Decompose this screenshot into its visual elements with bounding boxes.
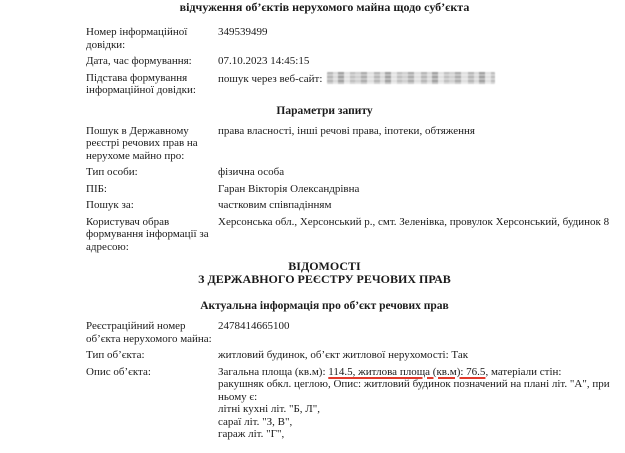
field-value: Гаран Вікторія Олександрівна xyxy=(218,183,610,196)
register-heading-line2: З ДЕРЖАВНОГО РЕЄСТРУ РЕЧОВИХ ПРАВ xyxy=(12,273,625,286)
field-label: Дата, час формування: xyxy=(86,55,218,68)
description-segment-highlighted: 114.5, житлова площа (кв.м): 76.5 xyxy=(328,366,485,378)
field-row-object-description: Опис об’єкта: Загальна площа (кв.м): 114… xyxy=(0,366,625,441)
field-label: Пошук за: xyxy=(86,199,218,212)
document-page: відчуження об’єктів нерухомого майна щод… xyxy=(0,0,625,453)
field-value-text: пошук через веб-сайт: xyxy=(218,73,322,85)
field-value: права власності, інші речові права, іпот… xyxy=(218,125,610,138)
description-segment: Загальна площа (кв.м): xyxy=(218,366,328,378)
field-row-object-type: Тип об’єкта: житловий будинок, об’єкт жи… xyxy=(0,349,625,362)
field-label: Реєстраційний номер об’єкта нерухомого м… xyxy=(86,320,218,345)
field-value: 349539499 xyxy=(218,26,610,39)
field-label: Пошук в Державному реєстрі речових прав … xyxy=(86,125,218,163)
field-label: Тип об’єкта: xyxy=(86,349,218,362)
section-subheading-actual-info: Актуальна інформація про об’єкт речових … xyxy=(12,300,625,313)
field-label: ПІБ: xyxy=(86,183,218,196)
field-value: частковим співпадінням xyxy=(218,199,610,212)
field-value: Херсонська обл., Херсонський р., смт. Зе… xyxy=(218,216,610,229)
field-value: Загальна площа (кв.м): 114.5, житлова пл… xyxy=(218,366,610,441)
field-value: житловий будинок, об’єкт житлової нерухо… xyxy=(218,349,610,362)
field-row-person-type: Тип особи: фізична особа xyxy=(0,166,625,179)
description-extra-line: літні кухні літ. "Б, Л", xyxy=(218,403,610,416)
document-title-continuation: відчуження об’єктів нерухомого майна щод… xyxy=(12,1,625,14)
section-heading-register-info: ВІДОМОСТІ З ДЕРЖАВНОГО РЕЄСТРУ РЕЧОВИХ П… xyxy=(12,260,625,286)
field-value: 2478414665100 xyxy=(218,320,610,333)
description-extra-line: гараж літ. "Г", xyxy=(218,428,610,441)
section-heading-query-params: Параметри запиту xyxy=(12,105,625,118)
field-value: пошук через веб-сайт: xyxy=(218,72,610,86)
redacted-website-blur xyxy=(327,72,495,84)
field-value: 07.10.2023 14:45:15 xyxy=(218,55,610,68)
field-label: Опис об’єкта: xyxy=(86,366,218,379)
description-extra-line: сараї літ. "З, В", xyxy=(218,416,610,429)
field-row-formation-basis: Підстава формування інформаційної довідк… xyxy=(0,72,625,97)
field-row-full-name: ПІБ: Гаран Вікторія Олександрівна xyxy=(0,183,625,196)
field-label: Підстава формування інформаційної довідк… xyxy=(86,72,218,97)
field-label: Номер інформаційної довідки: xyxy=(86,26,218,51)
field-row-search-in-register: Пошук в Державному реєстрі речових прав … xyxy=(0,125,625,163)
field-row-registration-number: Реєстраційний номер об’єкта нерухомого м… xyxy=(0,320,625,345)
field-label: Користувач обрав формування інформації з… xyxy=(86,216,218,254)
field-value: фізична особа xyxy=(218,166,610,179)
field-row-formation-datetime: Дата, час формування: 07.10.2023 14:45:1… xyxy=(0,55,625,68)
field-label: Тип особи: xyxy=(86,166,218,179)
field-row-search-by: Пошук за: частковим співпадінням xyxy=(0,199,625,212)
field-row-address: Користувач обрав формування інформації з… xyxy=(0,216,625,254)
field-row-certificate-number: Номер інформаційної довідки: 349539499 xyxy=(0,26,625,51)
